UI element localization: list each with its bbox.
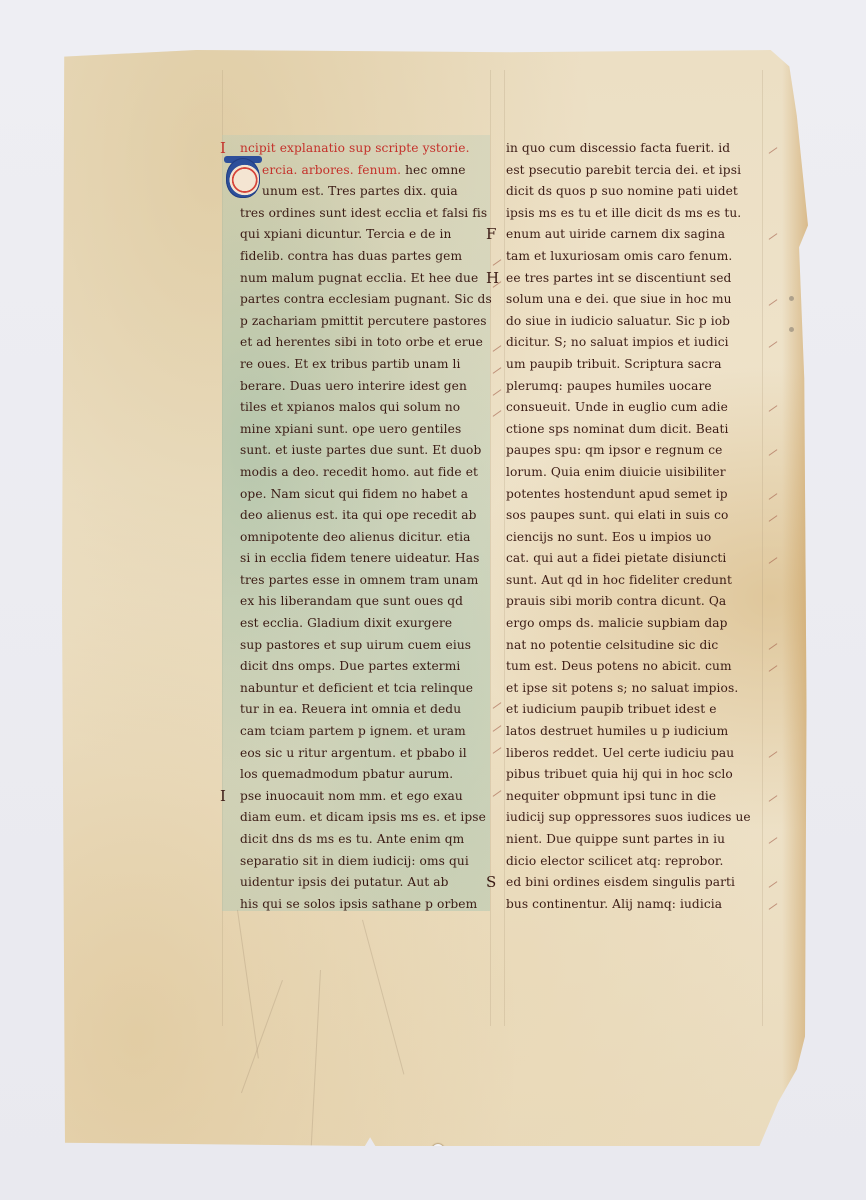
rubric-line: ercia. arbores. fenum.	[262, 163, 401, 177]
text-line: tur in ea. Reuera int omnia et dedu	[240, 699, 490, 721]
text-line: separatio sit in diem iudicij: oms qui	[240, 851, 490, 873]
line-filler-tick	[493, 259, 502, 266]
margin-initial: S	[486, 872, 496, 894]
text-line: modis a deo. recedit homo. aut fide et	[240, 462, 490, 484]
line-filler-tick	[769, 795, 778, 802]
line-filler-tick	[769, 751, 778, 758]
text-line: ope. Nam sicut qui fidem no habet a	[240, 484, 490, 506]
text-line: sunt. Aut qd in hoc fideliter credunt	[506, 570, 766, 592]
line-filler-tick	[769, 341, 778, 348]
text-line: eos sic u ritur argentum. et pbabo il	[240, 743, 490, 765]
stain-spot	[789, 327, 794, 332]
text-line: uidentur ipsis dei putatur. Aut ab	[240, 872, 490, 894]
text-line: ed bini ordines eisdem singulis parti	[506, 872, 766, 894]
text-line: nat no potentie celsitudine sic dic	[506, 635, 766, 657]
line-filler-tick	[493, 410, 502, 417]
text-line: tres partes esse in omnem tram unam	[240, 570, 490, 592]
edge-stain	[782, 50, 808, 1146]
text-line: tiles et xpianos malos qui solum no	[240, 397, 490, 419]
text-line: est ecclia. Gladium dixit exurgere	[240, 613, 490, 635]
text-line: sos paupes sunt. qui elati in suis co	[506, 505, 766, 527]
text-line: dicitur. S; no saluat impios et iudici	[506, 332, 766, 354]
text-line: pse inuocauit nom mm. et ego exau	[240, 786, 490, 808]
text-line: et iudicium paupib tribuet idest e	[506, 699, 766, 721]
line-filler-tick	[493, 389, 502, 396]
line-filler-tick	[493, 790, 502, 797]
line-filler-tick	[769, 881, 778, 888]
line-filler-tick	[769, 903, 778, 910]
text-line: cam tciam partem p ignem. et uram	[240, 721, 490, 743]
line-filler-tick	[769, 643, 778, 650]
text-line: berare. Duas uero interire idest gen	[240, 376, 490, 398]
line-filler-tick	[769, 557, 778, 564]
line-filler-tick	[769, 405, 778, 412]
right-text-column: F H S in quo cum discessio facta fuerit.…	[506, 138, 766, 915]
line-filler-tick	[769, 449, 778, 456]
text-line: ee tres partes int se discentiunt sed	[506, 268, 766, 290]
text-line: consueuit. Unde in euglio cum adie	[506, 397, 766, 419]
text-line: nequiter obpmunt ipsi tunc in die	[506, 786, 766, 808]
parchment-hole	[431, 1144, 445, 1162]
line-filler-tick	[769, 515, 778, 522]
text-line: potentes hostendunt apud semet ip	[506, 484, 766, 506]
text-line: re oues. Et ex tribus partib unam li	[240, 354, 490, 376]
text-line: omnipotente deo alienus dicitur. etia	[240, 527, 490, 549]
text-line: unum est. Tres partes dix. quia	[240, 181, 490, 203]
text-line: mine xpiani sunt. ope uero gentiles	[240, 419, 490, 441]
text-line: tres ordines sunt idest ecclia et falsi …	[240, 203, 490, 225]
text-line: sup pastores et sup uirum cuem eius	[240, 635, 490, 657]
text-line: tam et luxuriosam omis caro fenum.	[506, 246, 766, 268]
line-filler-tick	[493, 747, 502, 754]
text-line: dicio elector scilicet atq: reprobor.	[506, 851, 766, 873]
text-line: tum est. Deus potens no abicit. cum	[506, 656, 766, 678]
rubric-line: ncipit explanatio sup scripte ystorie.	[240, 138, 490, 160]
text-line: iudicij sup oppressores suos iudices ue	[506, 807, 766, 829]
line-filler-tick	[769, 299, 778, 306]
text-line: um paupib tribuit. Scriptura sacra	[506, 354, 766, 376]
text-line: p zachariam pmittit percutere pastores	[240, 311, 490, 333]
text-line: ctione sps nominat dum dicit. Beati	[506, 419, 766, 441]
text-line: qui xpiani dicuntur. Tercia e de in	[240, 224, 490, 246]
text-line: his qui se solos ipsis sathane p orbem	[240, 894, 490, 916]
text-line: liberos reddet. Uel certe iudiciu pau	[506, 743, 766, 765]
text-line-tail: hec omne	[401, 163, 466, 177]
crease	[241, 980, 283, 1093]
line-filler-tick	[493, 725, 502, 732]
text-line: diam eum. et dicam ipsis ms es. et ipse	[240, 807, 490, 829]
left-text-column: I I ncipit explanatio sup scripte ystori…	[240, 138, 490, 915]
text-line: in quo cum discessio facta fuerit. id	[506, 138, 766, 160]
text-line: ciencijs no sunt. Eos u impios uo	[506, 527, 766, 549]
manuscript-leaf: I I ncipit explanatio sup scripte ystori…	[62, 50, 808, 1146]
line-filler-tick	[493, 702, 502, 709]
text-line: cat. qui aut a fidei pietate disiuncti	[506, 548, 766, 570]
text-line: do siue in iudicio saluatur. Sic p iob	[506, 311, 766, 333]
text-line: deo alienus est. ita qui ope recedit ab	[240, 505, 490, 527]
margin-initial: H	[486, 268, 499, 290]
text-line: los quemadmodum pbatur aurum.	[240, 764, 490, 786]
crease	[311, 970, 321, 1150]
text-line: lorum. Quia enim diuicie uisibiliter	[506, 462, 766, 484]
crease	[362, 920, 404, 1075]
text-line: partes contra ecclesiam pugnant. Sic ds	[240, 289, 490, 311]
text-line: si in ecclia fidem tenere uideatur. Has	[240, 548, 490, 570]
margin-initial: I	[220, 138, 226, 160]
text-line: et ad herentes sibi in toto orbe et erue	[240, 332, 490, 354]
text-line: enum aut uiride carnem dix sagina	[506, 224, 766, 246]
text-line: dicit dns ds ms es tu. Ante enim qm	[240, 829, 490, 851]
text-line: nabuntur et deficient et tcia relinque	[240, 678, 490, 700]
margin-initial: F	[486, 224, 497, 246]
line-filler-tick	[769, 837, 778, 844]
text-line: latos destruet humiles u p iudicium	[506, 721, 766, 743]
line-filler-tick	[769, 665, 778, 672]
text-line: prauis sibi morib contra dicunt. Qa	[506, 591, 766, 613]
text-line: bus continentur. Alij namq: iudicia	[506, 894, 766, 916]
text-line: et ipse sit potens s; no saluat impios.	[506, 678, 766, 700]
ruling-line	[504, 70, 505, 1026]
text-line: pibus tribuet quia hij qui in hoc sclo	[506, 764, 766, 786]
line-filler-tick	[769, 147, 778, 154]
line-filler-tick	[769, 493, 778, 500]
text-line: ipsis ms es tu et ille dicit ds ms es tu…	[506, 203, 766, 225]
line-filler-tick	[493, 345, 502, 352]
text-line: paupes spu: qm ipsor e regnum ce	[506, 440, 766, 462]
margin-initial: I	[220, 786, 226, 808]
crease	[237, 910, 259, 1059]
line-filler-tick	[493, 367, 502, 374]
stain-spot	[789, 296, 794, 301]
text-line: dicit dns omps. Due partes extermi	[240, 656, 490, 678]
line-filler-tick	[769, 233, 778, 240]
text-line: dicit ds quos p suo nomine pati uidet	[506, 181, 766, 203]
text-line: fidelib. contra has duas partes gem	[240, 246, 490, 268]
text-line: num malum pugnat ecclia. Et hee due	[240, 268, 490, 290]
text-line: ex his liberandam que sunt oues qd	[240, 591, 490, 613]
text-line: solum una e dei. que siue in hoc mu	[506, 289, 766, 311]
text-line: nient. Due quippe sunt partes in iu	[506, 829, 766, 851]
text-line: est psecutio parebit tercia dei. et ipsi	[506, 160, 766, 182]
text-line: sunt. et iuste partes due sunt. Et duob	[240, 440, 490, 462]
text-line: ergo omps ds. malicie supbiam dap	[506, 613, 766, 635]
text-line: plerumq: paupes humiles uocare	[506, 376, 766, 398]
